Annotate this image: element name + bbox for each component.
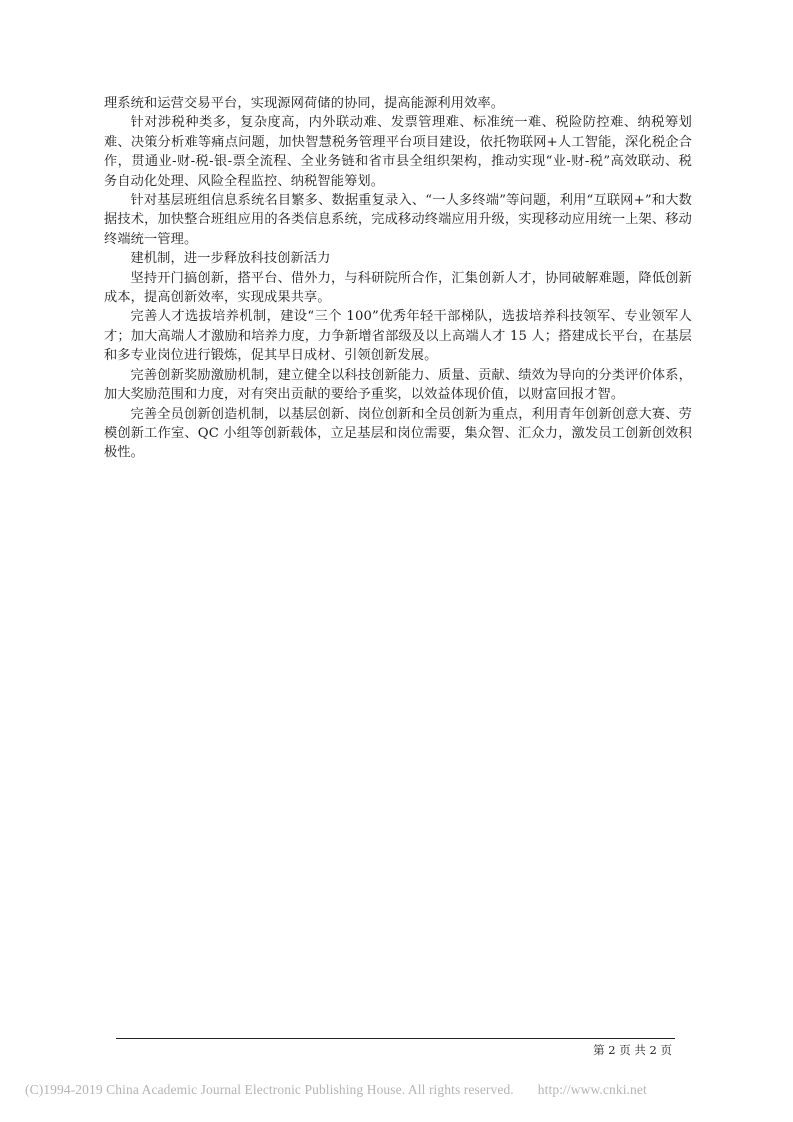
document-body: 理系统和运营交易平台，实现源网荷储的协同，提高能源利用效率。 针对涉税种类多，复… bbox=[104, 94, 692, 463]
page-number: 第 2 页 共 2 页 bbox=[593, 1042, 672, 1058]
paragraph-all-staff-innovation: 完善全员创新创造机制，以基层创新、岗位创新和全员创新为重点，利用青年创新创意大赛… bbox=[104, 405, 692, 463]
copyright-text: (C)1994-2019 China Academic Journal Elec… bbox=[25, 1082, 514, 1097]
paragraph-open-innovation: 坚持开门搞创新，搭平台、借外力，与科研院所合作，汇集创新人才，协同破解难题，降低… bbox=[104, 269, 692, 308]
paragraph-tax-platform: 针对涉税种类多，复杂度高，内外联动难、发票管理难、标准统一难、税险防控难、纳税筹… bbox=[104, 113, 692, 191]
section-heading-mechanism: 建机制，进一步释放科技创新活力 bbox=[104, 249, 692, 268]
copyright-notice: (C)1994-2019 China Academic Journal Elec… bbox=[25, 1082, 647, 1098]
paragraph-talent-selection: 完善人才选拔培养机制，建设“三个 100”优秀年轻干部梯队，选拔培养科技领军、专… bbox=[104, 307, 692, 365]
paragraph-team-systems: 针对基层班组信息系统名目繁多、数据重复录入、“一人多终端”等问题，利用“互联网+… bbox=[104, 191, 692, 249]
paragraph-innovation-rewards: 完善创新奖励激励机制，建立健全以科技创新能力、质量、贡献、绩效为导向的分类评价体… bbox=[104, 366, 692, 405]
cnki-link[interactable]: http://www.cnki.net bbox=[538, 1082, 647, 1097]
paragraph-continued: 理系统和运营交易平台，实现源网荷储的协同，提高能源利用效率。 bbox=[104, 94, 692, 113]
footer-divider bbox=[116, 1038, 675, 1039]
